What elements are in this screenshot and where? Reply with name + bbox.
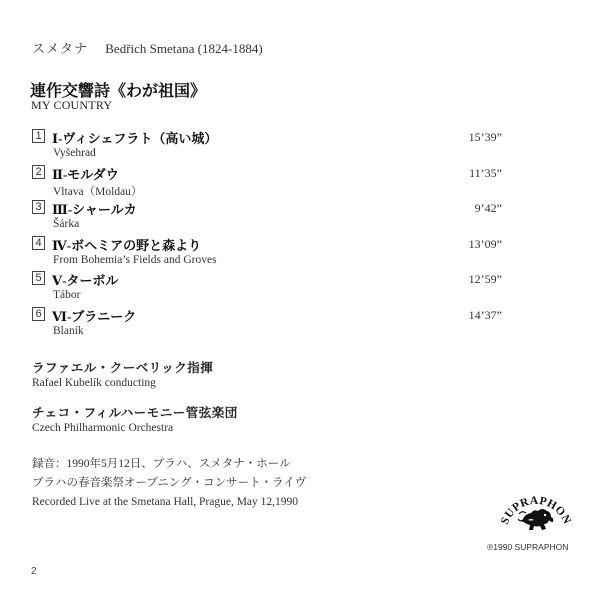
track-item: 2 Ⅱ-モルダウ Vltava（Moldau） 11’35” <box>32 164 502 200</box>
track-number-box: 1 <box>32 129 45 143</box>
track-title-jp: Ⅱ-モルダウ <box>52 164 119 183</box>
orchestra-jp: チェコ・フィルハーモニー管弦楽団 <box>32 403 238 421</box>
composer-line: スメタナ Bedřich Smetana (1824-1884) <box>32 38 263 57</box>
track-title-jp: Ⅰ-ヴィシェフラト（高い城） <box>52 128 217 147</box>
track-list: 1 Ⅰ-ヴィシェフラト（高い城） Vyšehrad 15’39” 2 Ⅱ-モルダ… <box>32 128 502 341</box>
track-title-jp: Ⅲ-シャールカ <box>52 199 137 218</box>
track-title-jp: Ⅴ-ターボル <box>52 270 118 289</box>
track-title-en: From Bohemia’s Fields and Groves <box>53 254 217 266</box>
track-number-box: 4 <box>32 236 45 250</box>
track-title-en: Šárka <box>53 218 79 230</box>
track-duration: 9’42” <box>442 201 502 216</box>
track-duration: 13’09” <box>442 237 502 252</box>
track-item: 3 Ⅲ-シャールカ Šárka 9’42” <box>32 199 502 235</box>
work-title-en: MY COUNTRY <box>31 98 112 113</box>
track-duration: 11’35” <box>442 166 502 181</box>
track-number-box: 3 <box>32 200 45 214</box>
track-number-box: 6 <box>32 307 45 321</box>
recording-info: 録音：1990年5月12日、プラハ、スメタナ・ホール プラハの春音楽祭オープニン… <box>32 455 306 512</box>
track-duration: 14’37” <box>442 308 502 323</box>
track-title-en: Tábor <box>53 289 80 301</box>
track-title-en: Blaník <box>53 325 84 337</box>
page-number: 2 <box>31 566 37 577</box>
composer-name-jp: スメタナ <box>32 41 88 56</box>
recording-date-jp: 録音：1990年5月12日、プラハ、スメタナ・ホール <box>32 455 306 474</box>
track-title-en: Vltava（Moldau） <box>53 183 142 199</box>
track-number-box: 2 <box>32 165 45 179</box>
track-item: 6 Ⅵ-ブラニーク Blaník 14’37” <box>32 306 502 342</box>
track-item: 1 Ⅰ-ヴィシェフラト（高い城） Vyšehrad 15’39” <box>32 128 502 164</box>
track-title-jp: Ⅵ-ブラニーク <box>52 306 136 325</box>
track-title-en: Vyšehrad <box>53 147 96 159</box>
copyright-notice: ℗1990 SUPRAPHON <box>487 542 568 552</box>
recording-event-jp: プラハの春音楽祭オープニング・コンサート・ライヴ <box>32 474 306 493</box>
track-item: 5 Ⅴ-ターボル Tábor 12’59” <box>32 270 502 306</box>
track-title-jp: Ⅳ-ボヘミアの野と森より <box>52 235 201 254</box>
track-duration: 12’59” <box>442 272 502 287</box>
orchestra-en: Czech Philharmonic Orchestra <box>32 422 173 434</box>
conductor-jp: ラファエル・クーベリック指揮 <box>32 358 213 376</box>
supraphon-logo: SUPRAPHON <box>500 484 572 540</box>
supraphon-lion-icon: SUPRAPHON <box>500 484 572 540</box>
conductor-en: Rafael Kubelík conducting <box>32 377 156 389</box>
track-number-box: 5 <box>32 271 45 285</box>
track-item: 4 Ⅳ-ボヘミアの野と森より From Bohemia’s Fields and… <box>32 235 502 271</box>
composer-name-en: Bedřich Smetana (1824-1884) <box>105 41 262 56</box>
recording-info-en: Recorded Live at the Smetana Hall, Pragu… <box>32 493 306 512</box>
track-duration: 15’39” <box>442 130 502 145</box>
